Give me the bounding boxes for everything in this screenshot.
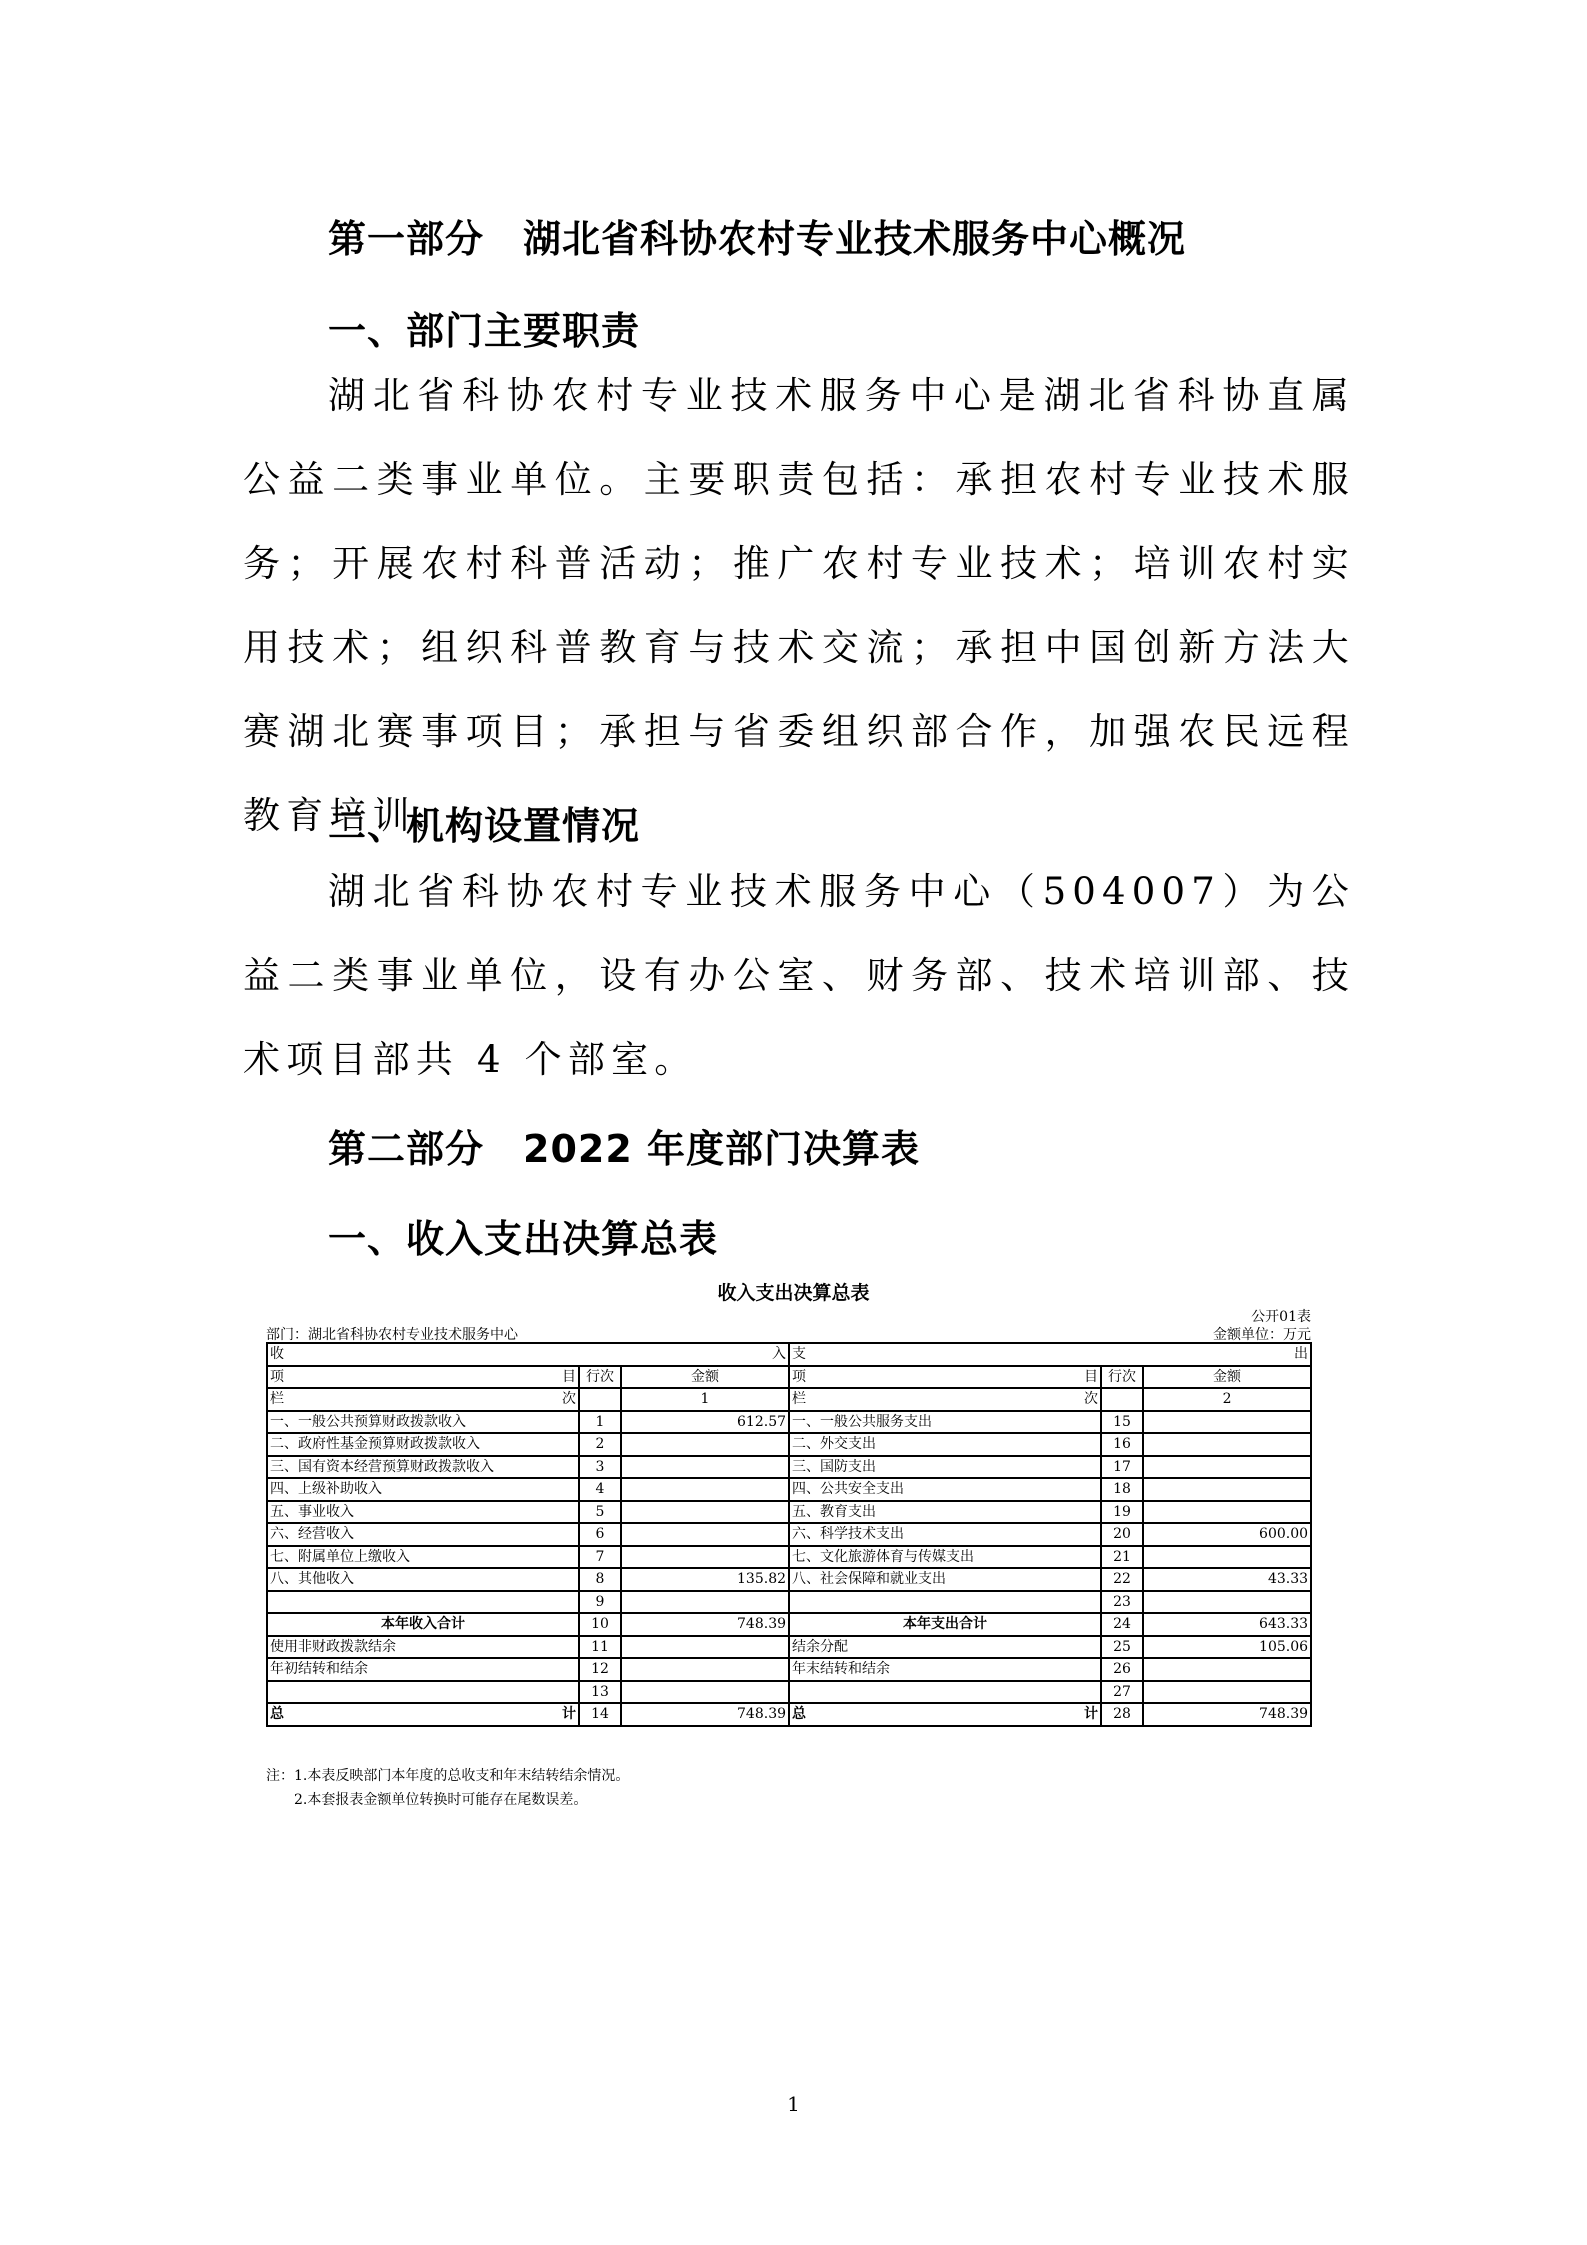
amount-header: 金额 xyxy=(1143,1366,1311,1389)
section-heading-organization: 二、机构设置情况 xyxy=(328,795,640,850)
item-header: 项目 xyxy=(789,1366,1101,1389)
table-row: 1327 xyxy=(267,1681,1311,1704)
form-number: 公开01表 xyxy=(1251,1306,1311,1326)
row-no-header: 行次 xyxy=(579,1366,621,1389)
table-row: 三、国有资本经营预算财政拨款收入3三、国防支出17 xyxy=(267,1456,1311,1479)
income-total-label: 总计 xyxy=(267,1703,579,1726)
table-row: 二、政府性基金预算财政拨款收入2二、外交支出16 xyxy=(267,1433,1311,1456)
part2-title: 第二部分 2022 年度部门决算表 xyxy=(328,1118,920,1173)
expense-header: 支出 xyxy=(789,1343,1311,1366)
table-header-row: 收入 支出 xyxy=(267,1343,1311,1366)
table-row: 五、事业收入5五、教育支出19 xyxy=(267,1501,1311,1524)
table-header-row: 栏次 1 栏次 2 xyxy=(267,1388,1311,1411)
table-row: 使用非财政拨款结余11结余分配25105.06 xyxy=(267,1636,1311,1659)
table-row: 年初结转和结余12年末结转和结余26 xyxy=(267,1658,1311,1681)
duties-paragraph: 湖北省科协农村专业技术服务中心是湖北省科协直属公益二类事业单位。主要职责包括：承… xyxy=(243,354,1355,858)
expense-total-label: 总计 xyxy=(789,1703,1101,1726)
page-number: 1 xyxy=(0,2092,1587,2116)
total-row: 总计 14 748.39 总计 28 748.39 xyxy=(267,1703,1311,1726)
table-row: 六、经营收入6六、科学技术支出20600.00 xyxy=(267,1523,1311,1546)
column-number: 2 xyxy=(1143,1388,1311,1411)
organization-paragraph: 湖北省科协农村专业技术服务中心（504007）为公益二类事业单位，设有办公室、财… xyxy=(243,850,1355,1102)
income-expense-table: 收入 支出 项目 行次 金额 项目 行次 金额 栏次 1 栏次 2 一、一般公共… xyxy=(266,1342,1312,1727)
department-label: 部门：湖北省科协农村专业技术服务中心 xyxy=(266,1324,518,1344)
table-row: 923 xyxy=(267,1591,1311,1614)
section-heading-summary-table: 一、收入支出决算总表 xyxy=(328,1208,718,1263)
unit-label: 金额单位：万元 xyxy=(1213,1324,1311,1344)
part1-title: 第一部分 湖北省科协农村专业技术服务中心概况 xyxy=(328,208,1186,263)
subtotal-row: 本年收入合计 10 748.39 本年支出合计 24 643.33 xyxy=(267,1613,1311,1636)
table-header-row: 项目 行次 金额 项目 行次 金额 xyxy=(267,1366,1311,1389)
table-row: 八、其他收入8135.82八、社会保障和就业支出2243.33 xyxy=(267,1568,1311,1591)
table-title: 收入支出决算总表 xyxy=(0,1278,1587,1305)
table-row: 一、一般公共预算财政拨款收入1612.57一、一般公共服务支出15 xyxy=(267,1411,1311,1434)
table-row: 四、上级补助收入4四、公共安全支出18 xyxy=(267,1478,1311,1501)
expense-total-amount: 748.39 xyxy=(1143,1703,1311,1726)
row-no-header: 行次 xyxy=(1101,1366,1143,1389)
income-total-amount: 748.39 xyxy=(621,1703,789,1726)
table-note-2: 2.本套报表金额单位转换时可能存在尾数误差。 xyxy=(266,1789,587,1809)
column-number: 1 xyxy=(621,1388,789,1411)
document-page: 第一部分 湖北省科协农村专业技术服务中心概况 一、部门主要职责 湖北省科协农村专… xyxy=(0,0,1587,2245)
table-row: 七、附属单位上缴收入7七、文化旅游体育与传媒支出21 xyxy=(267,1546,1311,1569)
amount-header: 金额 xyxy=(621,1366,789,1389)
table-note-1: 注：1.本表反映部门本年度的总收支和年末结转结余情况。 xyxy=(266,1765,629,1785)
column-header: 栏次 xyxy=(789,1388,1101,1411)
income-header: 收入 xyxy=(267,1343,789,1366)
section-heading-duties: 一、部门主要职责 xyxy=(328,300,640,355)
column-header: 栏次 xyxy=(267,1388,579,1411)
item-header: 项目 xyxy=(267,1366,579,1389)
